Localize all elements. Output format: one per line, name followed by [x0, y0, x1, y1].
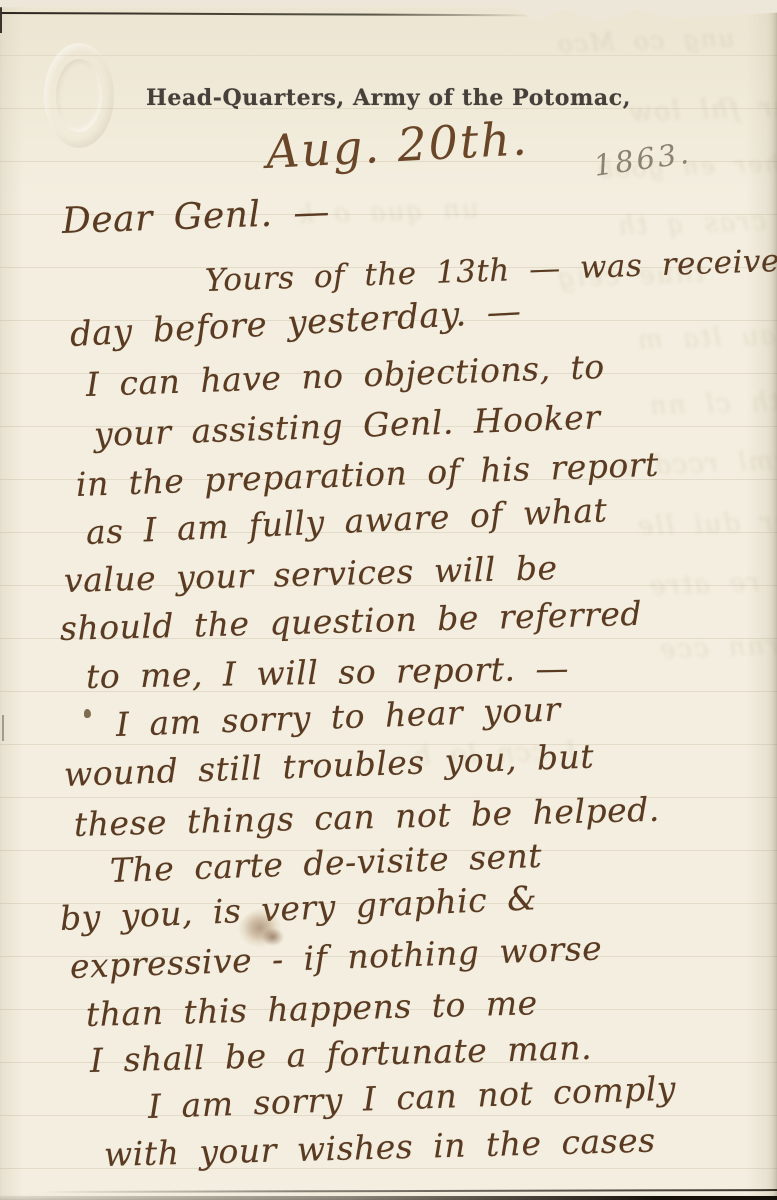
fold-crease-line — [0, 12, 535, 16]
letter-scan: Head-Quarters, Army of the Potomac, Aug.… — [0, 0, 777, 1200]
handwritten-line: Yours of the 13th — was received — [204, 242, 777, 299]
bleedthrough-ghost: rnn cce — [658, 631, 777, 665]
page-edge-mark — [2, 715, 4, 741]
handwritten-line: I am sorry to hear your — [115, 689, 561, 744]
handwritten-line: I shall be a fortunate man. — [89, 1028, 592, 1080]
handwritten-line: expressive - if nothing worse — [69, 928, 603, 986]
bleedthrough-ghost: her en goob — [596, 150, 777, 184]
handwritten-line: day before yesterday. — — [69, 291, 522, 355]
bleedthrough-ghost: lu re atre — [648, 566, 777, 602]
bleedthrough-ghost: uth cl nn — [648, 386, 777, 421]
letter-page: Head-Quarters, Army of the Potomac, Aug.… — [0, 3, 777, 1200]
handwritten-line: value your services will be — [63, 548, 557, 600]
ink-speck — [84, 709, 91, 718]
handwritten-line: to me, I will so report. — — [86, 649, 570, 696]
letterhead-text: Head-Quarters, Army of the Potomac, — [146, 85, 631, 111]
handwritten-date: Aug. 20th. — [265, 111, 530, 179]
handwritten-line: should the question be referred — [59, 594, 642, 648]
embossed-seal — [44, 43, 114, 148]
handwritten-line: Dear Genl. — — [61, 192, 330, 242]
handwritten-line: wound still troubles you, but — [63, 737, 594, 794]
handwritten-line: than this happens to me — [85, 983, 538, 1034]
handwritten-line: your assisting Genl. Hooker — [93, 397, 601, 454]
scan-bottom-edge — [0, 1196, 777, 1200]
handwritten-line: these things can not be helped. — [73, 790, 660, 844]
bleedthrough-ghost: ung co Mco — [556, 24, 735, 58]
bleedthrough-ghost: llau lta m — [636, 320, 777, 356]
bleedthrough-ghost: cras q th — [616, 206, 767, 241]
bleedthrough-ghost: our dui lle — [636, 506, 777, 542]
handwritten-line: with your wishes in the cases — [103, 1121, 656, 1174]
bleedthrough-ghost: tur fhl low — [628, 92, 777, 128]
handwritten-line: I am sorry I can not comply — [147, 1069, 676, 1126]
page-bottom-edge — [40, 1189, 777, 1193]
handwritten-line: I can have no objections, to — [85, 347, 605, 404]
page-edge-mark — [0, 3, 2, 33]
